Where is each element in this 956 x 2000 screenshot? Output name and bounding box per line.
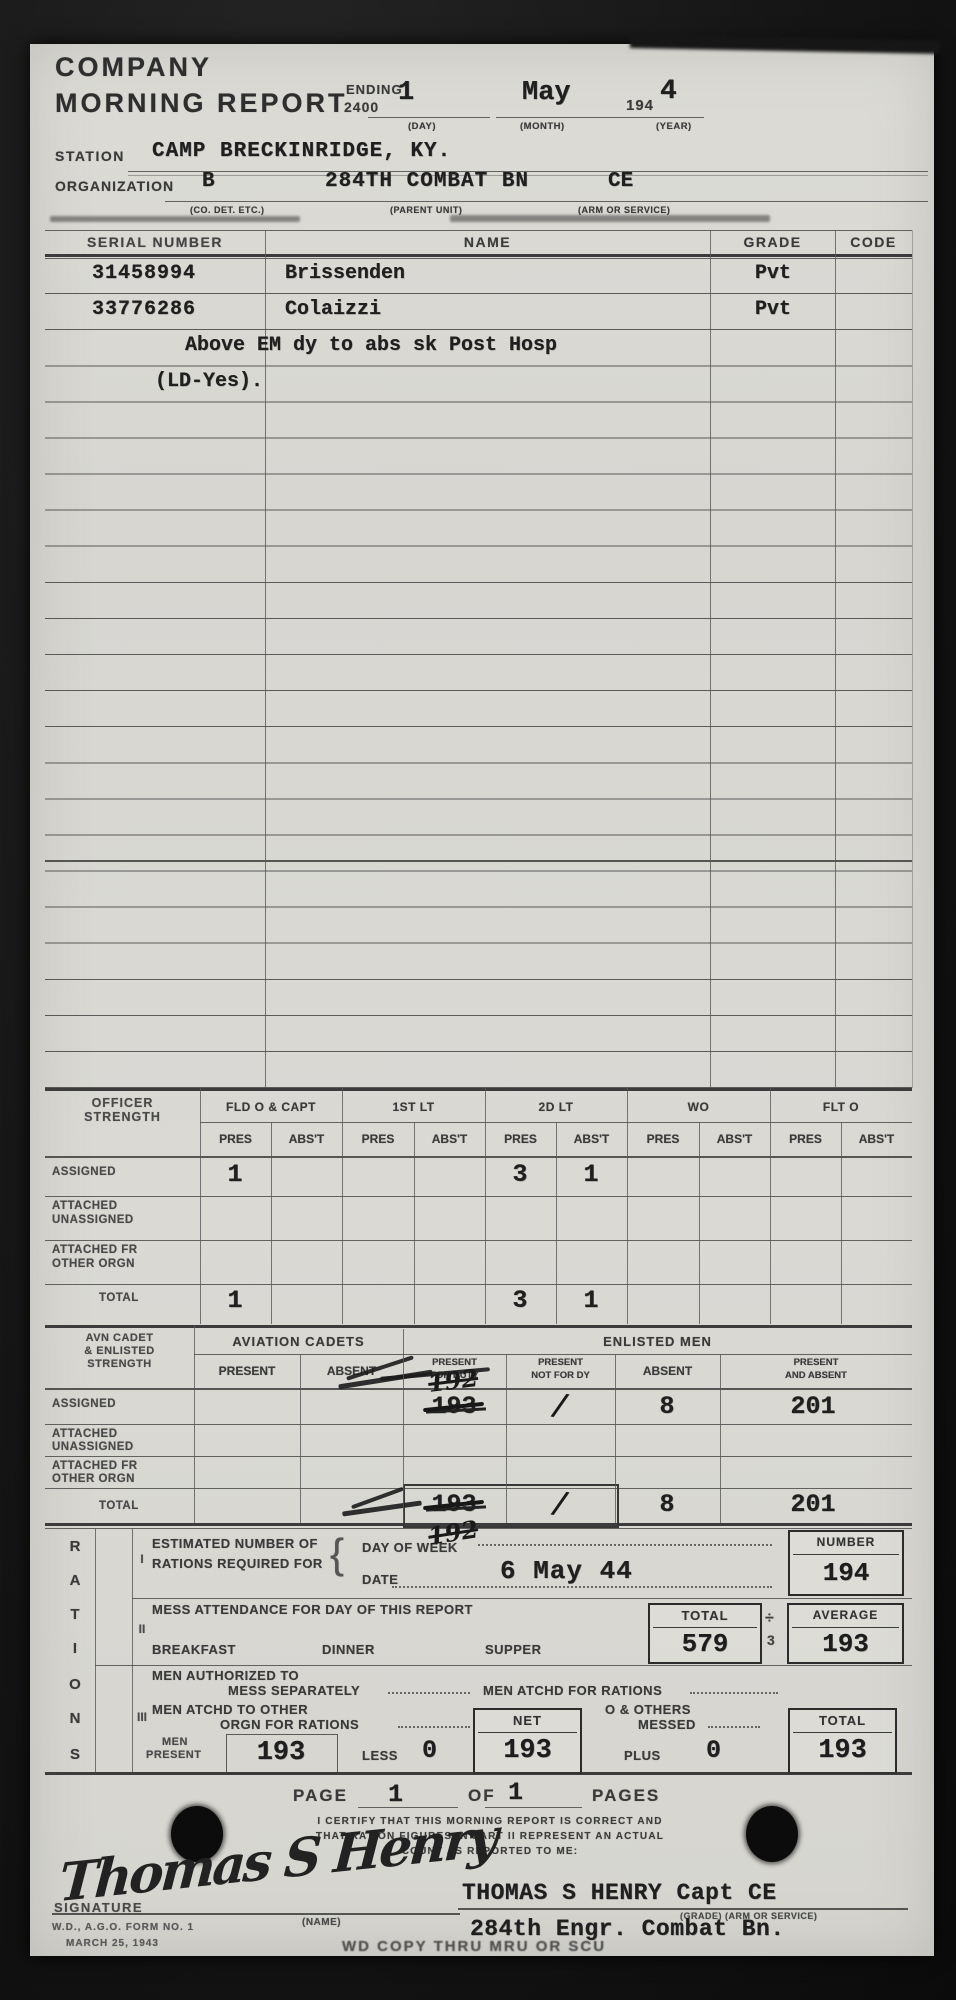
enlisted-col-line-1 — [300, 1354, 301, 1523]
rations-total-box: TOTAL 193 — [788, 1708, 897, 1774]
o-and-others-line1: O & OTHERS — [605, 1702, 691, 1717]
enlisted-assigned-pa: 201 — [781, 1392, 845, 1421]
mess-total-value: 579 — [650, 1629, 760, 1659]
officer-row-att-other-label2: OTHER ORGN — [52, 1258, 135, 1270]
enlisted-total-pnfd: / — [543, 1484, 578, 1523]
rations-letter-t: T — [64, 1606, 86, 1623]
enlisted-label-col-line — [194, 1325, 195, 1523]
net-value: 193 — [475, 1736, 580, 1766]
rations-letter-n: N — [64, 1710, 86, 1727]
net-divider — [478, 1732, 577, 1733]
rations-total-label: TOTAL — [790, 1713, 895, 1728]
day-underline — [368, 117, 490, 118]
rations-letter-i: I — [64, 1640, 86, 1657]
enlisted-col-line-2 — [506, 1354, 507, 1523]
rations-estimated-line1: ESTIMATED NUMBER OF — [152, 1536, 318, 1551]
officer-pair-line-4 — [770, 1088, 771, 1324]
rations-estimated-line2: RATIONS REQUIRED FOR — [152, 1556, 323, 1571]
enlisted-assigned-pnfd: / — [543, 1386, 578, 1425]
wd-copy-stamp: WD COPY THRU MRU OR SCU — [342, 1938, 606, 1955]
number-box-divider — [793, 1554, 899, 1555]
company-sublabel: (CO. DET. ETC.) — [190, 205, 265, 215]
officer-sub-pres-4: PRES — [627, 1132, 699, 1146]
officer-table-top — [45, 1088, 912, 1091]
month-sublabel: (MONTH) — [520, 121, 565, 132]
officer-total-2dlt-abst: 1 — [576, 1286, 606, 1315]
part2-part3-divider — [95, 1665, 912, 1666]
supper-label: SUPPER — [485, 1642, 541, 1657]
roster-divider-grade-code — [835, 230, 836, 1088]
officer-row3-rule — [45, 1284, 912, 1285]
divisor: 3 — [767, 1632, 775, 1648]
officer-row-assigned-label: ASSIGNED — [52, 1166, 116, 1178]
enlisted-att-other-label1: ATTACHED FR — [52, 1460, 138, 1472]
dinner-label: DINNER — [322, 1642, 375, 1657]
men-authorized-line1: MEN AUTHORIZED TO — [152, 1668, 299, 1683]
officer-inner-line-2 — [414, 1122, 415, 1324]
roster-remark-line2: (LD-Yes). — [155, 370, 263, 393]
officer-group-2d-lt: 2D LT — [485, 1100, 627, 1114]
officer-total-fldo-pres: 1 — [220, 1286, 250, 1315]
scanned-document-page: COMPANY MORNING REPORT ENDING 2400 1 (DA… — [0, 0, 956, 2000]
officer-sub-abst-2: ABS'T — [414, 1132, 485, 1146]
enlisted-assigned-label: ASSIGNED — [52, 1398, 116, 1410]
punch-hole-right — [746, 1806, 798, 1862]
roster-row1-serial: 31458994 — [92, 262, 196, 285]
officer-inner-line-3 — [556, 1122, 557, 1324]
roster-row2-name: Colaizzi — [285, 298, 381, 321]
day-value: 1 — [398, 78, 414, 108]
number-box-value: 194 — [790, 1558, 902, 1588]
form-title-line1: COMPANY — [55, 52, 212, 83]
enlisted-att-other-label2: OTHER ORGN — [52, 1473, 135, 1485]
day-of-week-line — [478, 1544, 772, 1546]
plus-value: 0 — [706, 1736, 721, 1765]
officer-sub-abst-1: ABS'T — [271, 1132, 342, 1146]
date-line — [392, 1586, 772, 1588]
roster-divider-name-grade — [710, 230, 711, 1088]
officer-group-1st-lt: 1ST LT — [342, 1100, 485, 1114]
officer-sub-pres-1: PRES — [200, 1132, 271, 1146]
page-number: 1 — [388, 1780, 403, 1809]
officer-sub-pres-3: PRES — [485, 1132, 556, 1146]
officer-subheader-rule — [45, 1156, 912, 1158]
rations-part1-num: I — [132, 1552, 152, 1566]
erased-text-smudge — [50, 216, 300, 222]
enlisted-col-pa-line1: PRESENT — [720, 1357, 912, 1368]
men-authorized-line2: MESS SEPARATELY — [228, 1683, 360, 1698]
erased-text-smudge2 — [450, 215, 770, 222]
officer-row-att-unassigned-label2: UNASSIGNED — [52, 1214, 134, 1226]
enlisted-group-rule — [194, 1354, 912, 1355]
rations-total-divider — [793, 1732, 892, 1733]
officer-group-fldo-capt: FLD O & CAPT — [200, 1100, 342, 1114]
enlisted-total-pa: 201 — [781, 1490, 845, 1519]
average-value: 193 — [789, 1629, 902, 1659]
month-value: May — [522, 78, 571, 108]
form-title-line2: MORNING REPORT — [55, 88, 348, 119]
morning-report-form: COMPANY MORNING REPORT ENDING 2400 1 (DA… — [30, 44, 934, 1956]
roster-heavy-mid-line — [45, 860, 912, 862]
men-atchd-other-line1: MEN ATCHD TO OTHER — [152, 1702, 308, 1717]
roster-right-edge — [912, 230, 913, 1088]
enlisted-col-line-3 — [615, 1354, 616, 1523]
enlisted-table-bottom — [45, 1523, 912, 1526]
page-label: PAGE — [293, 1786, 348, 1806]
mess-total-box: TOTAL 579 — [648, 1603, 762, 1664]
roster-row1-grade: Pvt — [730, 262, 816, 285]
signature-line — [52, 1913, 460, 1915]
station-value: CAMP BRECKINRIDGE, KY. — [152, 140, 451, 163]
number-box: NUMBER 194 — [788, 1530, 904, 1596]
name-sublabel: (NAME) — [302, 1917, 341, 1928]
rations-total-value: 193 — [790, 1736, 895, 1766]
officer-row2-rule — [45, 1240, 912, 1241]
net-box: NET 193 — [473, 1708, 582, 1774]
organization-label: ORGANIZATION — [55, 178, 174, 194]
enlisted-att-unassigned-label1: ATTACHED — [52, 1428, 118, 1440]
of-label: OF — [468, 1786, 496, 1806]
arm-sublabel: (ARM OR SERVICE) — [578, 205, 670, 215]
rations-letter-o: O — [64, 1676, 86, 1693]
date-label: DATE — [362, 1572, 398, 1587]
mess-attendance-heading: MESS ATTENDANCE FOR DAY OF THIS REPORT — [152, 1602, 473, 1617]
officer-sub-pres-2: PRES — [342, 1132, 414, 1146]
officer-pair-line-1 — [342, 1088, 343, 1324]
mess-total-label: TOTAL — [650, 1608, 760, 1623]
ending-label: ENDING — [346, 82, 403, 97]
enlisted-att-unassigned-label2: UNASSIGNED — [52, 1441, 134, 1453]
rations-brace: { — [330, 1530, 344, 1578]
enlisted-title-line1: AVN CADET — [45, 1332, 194, 1344]
officer-sub-pres-5: PRES — [770, 1132, 841, 1146]
pages-number: 1 — [508, 1778, 523, 1807]
organization-parent-unit: 284TH COMBAT BN — [325, 170, 529, 193]
officer-pair-line-3 — [627, 1088, 628, 1324]
men-present-label2: PRESENT — [146, 1749, 201, 1761]
men-atchd-other-line2: ORGN FOR RATIONS — [220, 1717, 359, 1732]
enlisted-col-pnfd-line1: PRESENT — [506, 1357, 615, 1368]
roster-row1-name: Brissenden — [285, 262, 405, 285]
net-label: NET — [475, 1713, 580, 1728]
part1-part2-divider — [132, 1598, 912, 1599]
officer-pair-line-2 — [485, 1088, 486, 1324]
roster-header-rule — [45, 254, 912, 257]
less-value: 0 — [422, 1736, 437, 1765]
officer-title-line2: STRENGTH — [45, 1110, 200, 1124]
rations-letter-s: S — [64, 1746, 86, 1763]
men-atchd-rations-line — [690, 1692, 778, 1694]
rations-bottom-line — [45, 1772, 912, 1775]
enlisted-assigned-absent: 8 — [637, 1392, 697, 1421]
rations-letters-col-line — [95, 1528, 96, 1772]
parent-unit-sublabel: (PARENT UNIT) — [390, 205, 462, 215]
officer-group-wo: WO — [627, 1100, 770, 1114]
typed-name: THOMAS S HENRY Capt CE — [462, 1880, 777, 1906]
officer-inner-line-5 — [841, 1122, 842, 1324]
breakfast-label: BREAKFAST — [152, 1642, 236, 1657]
men-atchd-rations-label: MEN ATCHD FOR RATIONS — [483, 1683, 662, 1698]
officer-row-total-label: TOTAL — [99, 1292, 139, 1304]
mess-separately-line — [388, 1692, 470, 1694]
enlisted-total-pfd: 193 — [420, 1490, 488, 1519]
men-present-value: 193 — [226, 1738, 336, 1768]
roster-col-serial: SERIAL NUMBER — [45, 234, 265, 250]
enlisted-col-pa-line2: AND ABSENT — [720, 1370, 912, 1381]
enlisted-group-enlisted: ENLISTED MEN — [403, 1334, 912, 1349]
officer-total-2dlt-pres: 3 — [505, 1286, 535, 1315]
roster-col-name: NAME — [265, 234, 710, 250]
officer-row1-rule — [45, 1196, 912, 1197]
ending-time: 2400 — [344, 99, 379, 115]
officer-inner-line-4 — [699, 1122, 700, 1324]
officer-sub-abst-3: ABS'T — [556, 1132, 627, 1146]
page-number-line — [358, 1807, 458, 1808]
officer-row-att-other-label1: ATTACHED FR — [52, 1244, 138, 1256]
enlisted-col-pnfd-line2: NOT FOR DY — [506, 1370, 615, 1381]
enlisted-group-cadets: AVIATION CADETS — [194, 1334, 403, 1349]
enlisted-group-divider — [403, 1329, 404, 1523]
year-underline — [622, 117, 704, 118]
officer-title-line1: OFFICER — [45, 1096, 200, 1110]
roster-divider-serial-name — [265, 230, 266, 1088]
officer-assigned-2dlt-pres: 3 — [505, 1160, 535, 1189]
less-label: LESS — [362, 1748, 398, 1763]
officer-label-col-line — [200, 1088, 201, 1324]
organization-company: B — [202, 170, 215, 193]
men-present-label1: MEN — [162, 1736, 188, 1748]
divide-symbol: ÷ — [765, 1610, 774, 1628]
officer-inner-line-1 — [271, 1122, 272, 1324]
messed-line — [708, 1726, 760, 1728]
day-sublabel: (DAY) — [408, 121, 436, 132]
year-prefix: 194 — [626, 97, 654, 114]
officer-sub-abst-5: ABS'T — [841, 1132, 912, 1146]
enlisted-total-absent: 8 — [637, 1490, 697, 1519]
orgn-rations-line — [398, 1726, 470, 1728]
officer-sub-abst-4: ABS'T — [699, 1132, 770, 1146]
organization-arm: CE — [608, 170, 633, 193]
officer-assigned-2dlt-abst: 1 — [576, 1160, 606, 1189]
enlisted-row2-rule — [45, 1456, 912, 1457]
plus-label: PLUS — [624, 1748, 661, 1763]
roster-col-code: CODE — [835, 234, 912, 250]
month-underline — [496, 117, 622, 118]
rations-letter-r: R — [64, 1538, 86, 1555]
date-value: 6 May 44 — [500, 1556, 633, 1586]
roster-remark-line1: Above EM dy to abs sk Post Hosp — [185, 334, 557, 357]
roster-row2-serial: 33776286 — [92, 298, 196, 321]
rations-part2-num: II — [130, 1622, 154, 1636]
enlisted-col-line-4 — [720, 1354, 721, 1523]
year-sublabel: (YEAR) — [656, 121, 692, 132]
enlisted-col-ac-present: PRESENT — [194, 1364, 300, 1378]
form-number: W.D., A.G.O. FORM NO. 1 — [52, 1922, 194, 1933]
o-and-others-line2: MESSED — [638, 1717, 696, 1732]
pages-label: PAGES — [592, 1786, 660, 1806]
organization-underline — [165, 201, 928, 202]
enlisted-col-absent: ABSENT — [615, 1364, 720, 1378]
roster-col-grade: GRADE — [710, 234, 835, 250]
typed-name-line — [458, 1908, 908, 1910]
enlisted-title-line3: STRENGTH — [45, 1358, 194, 1370]
roster-row2-grade: Pvt — [730, 298, 816, 321]
officer-assigned-fldo-pres: 1 — [220, 1160, 250, 1189]
average-box: AVERAGE 193 — [787, 1603, 904, 1664]
year-value: 4 — [660, 76, 677, 107]
officer-group-flt-o: FLT O — [770, 1100, 912, 1114]
enlisted-total-pfd-handwritten: 192 — [426, 1514, 480, 1550]
number-box-label: NUMBER — [790, 1535, 902, 1549]
pages-number-line — [485, 1807, 582, 1808]
rations-top-line — [45, 1528, 912, 1529]
roster-top-line — [45, 230, 912, 231]
enlisted-table-top — [45, 1325, 912, 1328]
scan-edge-shadow — [630, 34, 940, 54]
average-label: AVERAGE — [789, 1608, 902, 1622]
enlisted-row1-rule — [45, 1424, 912, 1425]
rations-letter-a: A — [64, 1572, 86, 1589]
station-label: STATION — [55, 148, 125, 164]
signature-script: Thomas S Henry — [57, 1807, 497, 1915]
enlisted-total-label: TOTAL — [99, 1500, 139, 1512]
officer-row-att-unassigned-label1: ATTACHED — [52, 1200, 118, 1212]
enlisted-title-line2: & ENLISTED — [45, 1345, 194, 1357]
form-date: MARCH 25, 1943 — [66, 1938, 159, 1949]
